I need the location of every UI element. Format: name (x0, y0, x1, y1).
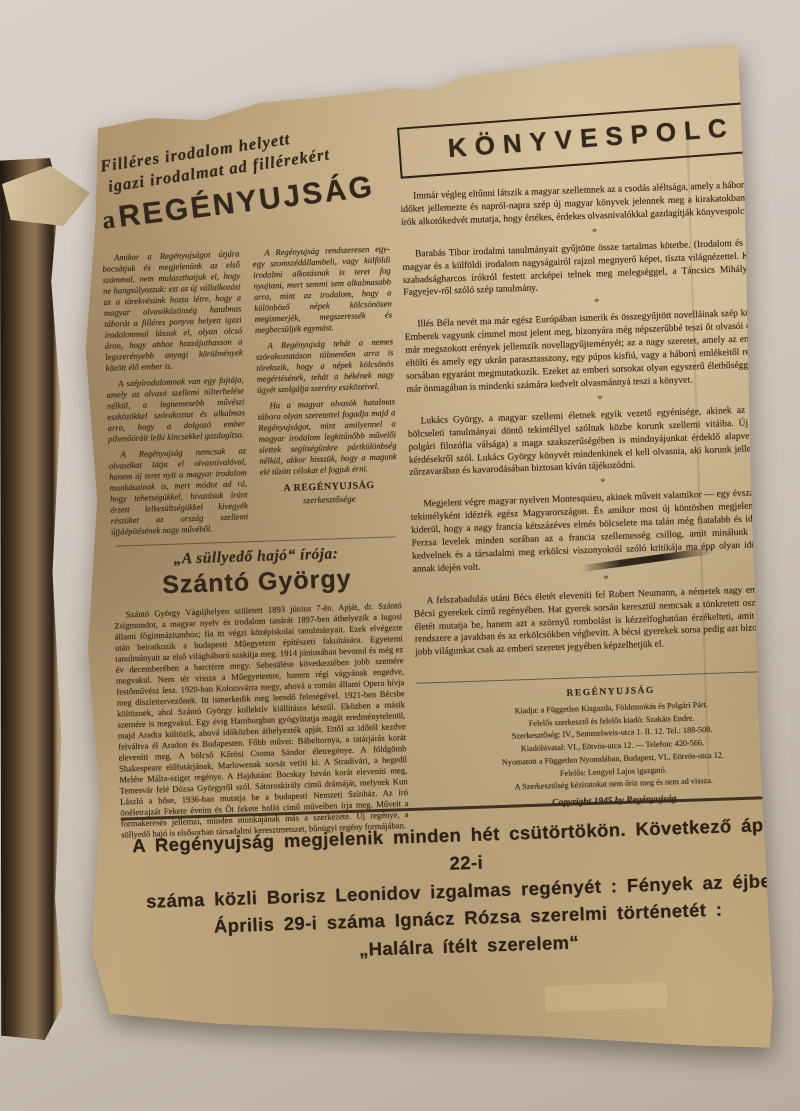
masthead-prefix: a (101, 206, 117, 234)
editorial-text: Amikor a Regényujságot útjára bocsátjuk … (102, 243, 399, 537)
newspaper-page: Filléres irodalom helyett igazi irodalma… (25, 36, 785, 1062)
editorial-paragraph: A szépirodalomnak van egy fajtája, amely… (106, 374, 246, 445)
left-column: Filléres irodalom helyett igazi irodalma… (97, 96, 408, 811)
editorial-paragraph: Amikor a Regényujságot útjára bocsátjuk … (102, 248, 243, 373)
tape-stain (545, 982, 668, 1012)
page-content: Filléres irodalom helyett igazi irodalma… (97, 83, 800, 971)
review-paragraph: Illés Béla nevét ma már egész Európában … (404, 306, 794, 396)
review-paragraph: A felszabadulás utáni Bécs életét eleven… (413, 583, 800, 660)
columns: Filléres irodalom helyett igazi irodalma… (97, 83, 800, 811)
szanto-biography: Szántó György Vágújhelyen született 1893… (114, 600, 410, 840)
konyvespolc-title-box: KÖNYVESPOLC (397, 100, 786, 179)
right-column: KÖNYVESPOLC Immár végleg eltűnni látszik… (397, 83, 800, 801)
announcement-block: A Regényujság megjelenik minden hét csüt… (121, 810, 800, 971)
editorial-paragraph: A Regényujság tehát a nemes szórakoztatá… (255, 336, 394, 396)
paper-wrap: Filléres irodalom helyett igazi irodalma… (0, 0, 800, 1111)
newspaper-photo: Filléres irodalom helyett igazi irodalma… (0, 0, 800, 1111)
editorial-paragraph: Ha a magyar olvasók hatalmas tábora olya… (257, 396, 397, 478)
editorial-signature: A REGÉNYUJSÁG szerkesztősége (260, 479, 398, 508)
editorial-paragraph: A Regényujság rendszeresen egy-egy szoms… (252, 243, 392, 336)
imprint-block: REGÉNYUJSÁG Kiadja: a Független Kisgazda… (417, 679, 800, 815)
review-paragraph: Lukács György, a magyar szellemi életnek… (407, 403, 797, 480)
editorial-paragraph: A Regényujság nemcsak az olvasókat látja… (108, 445, 248, 538)
review-paragraph: Barabás Tibor irodalmi tanulmányait gyűj… (402, 236, 791, 300)
